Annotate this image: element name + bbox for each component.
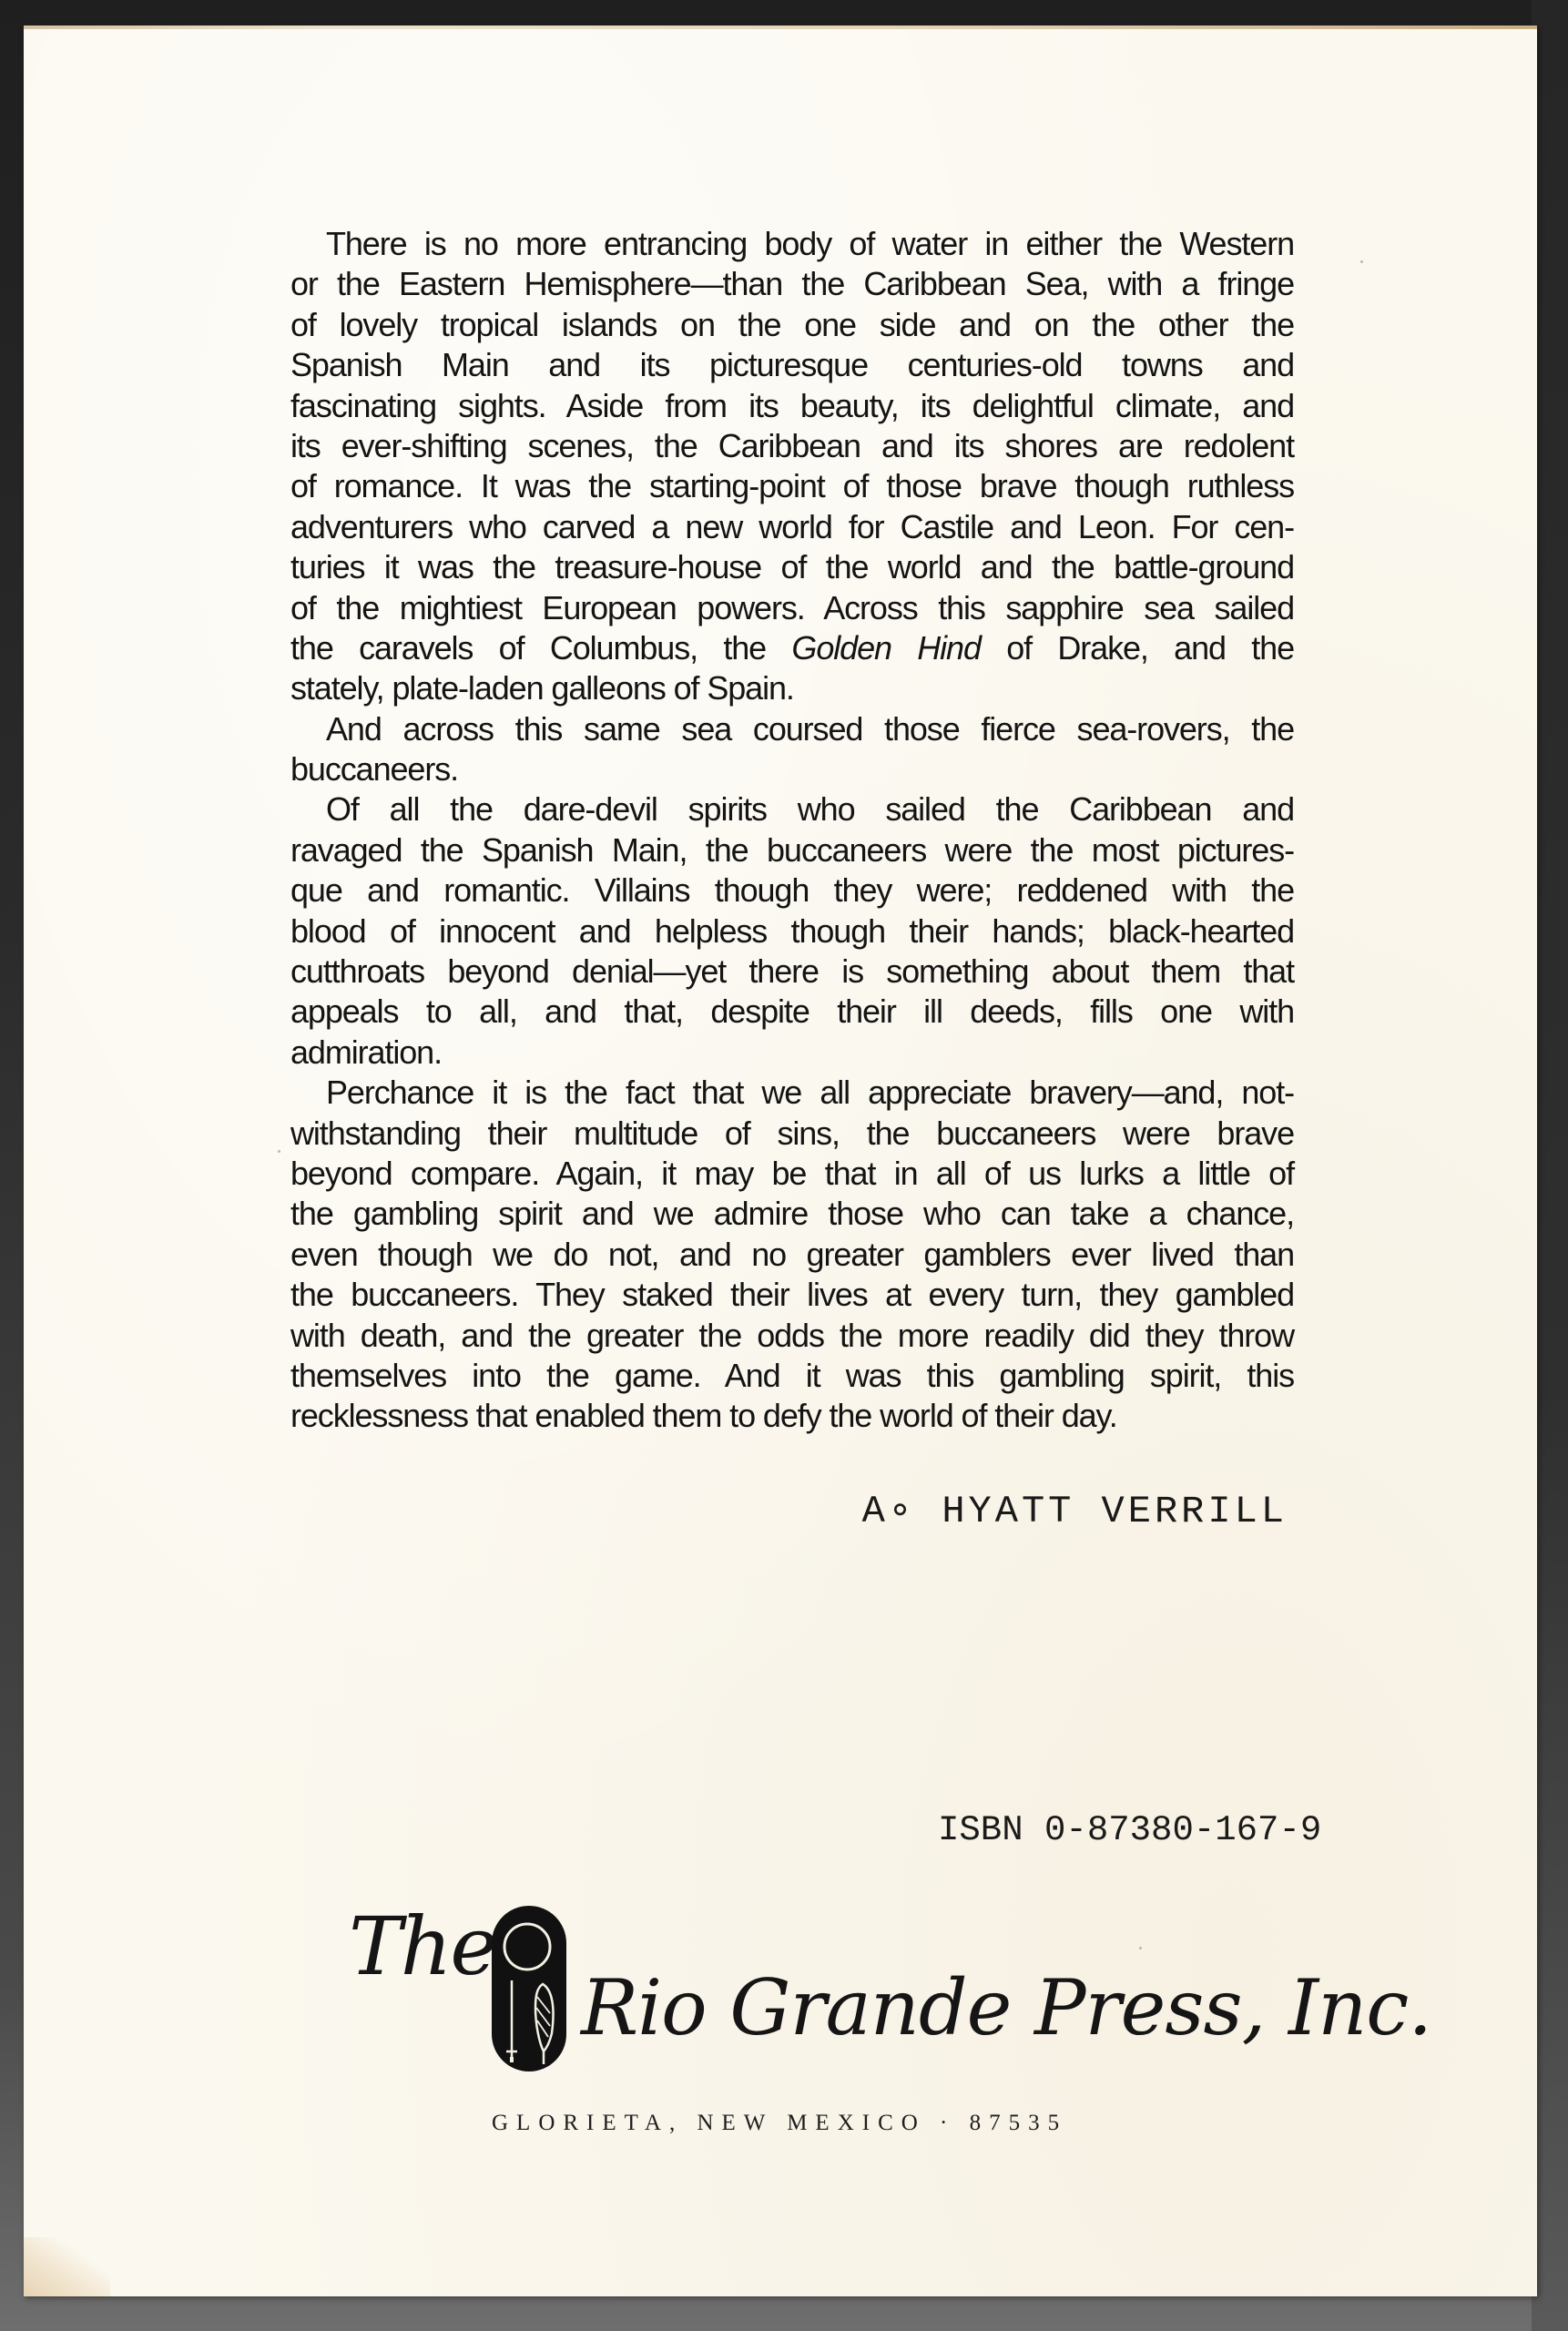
blurb-line: of romance. It was the starting-point of…: [290, 466, 1294, 506]
blurb-line: themselves into the game. And it was thi…: [290, 1356, 1294, 1396]
worn-corner: [24, 2237, 110, 2296]
blurb-line: Perchance it is the fact that we all app…: [290, 1073, 1294, 1113]
blurb-line: or the Eastern Hemisphere—than the Carib…: [290, 264, 1294, 304]
blurb-line: Spanish Main and its picturesque centuri…: [290, 345, 1294, 385]
blurb-line: with death, and the greater the odds the…: [290, 1316, 1294, 1356]
blurb-line: Of all the dare-devil spirits who sailed…: [290, 789, 1294, 830]
blurb-line: admiration.: [290, 1033, 1294, 1073]
blurb-line: recklessness that enabled them to defy t…: [290, 1396, 1294, 1436]
worn-top-edge: [24, 25, 1537, 29]
book-back-cover: There is no more entrancing body of wate…: [24, 25, 1537, 2296]
blurb-line: adventurers who carved a new world for C…: [290, 507, 1294, 547]
italic-title: Golden Hind: [791, 629, 980, 667]
blurb-line: cutthroats beyond denial—yet there is so…: [290, 952, 1294, 992]
blurb-line: its ever-shifting scenes, the Caribbean …: [290, 426, 1294, 466]
blurb-line: of lovely tropical islands on the one si…: [290, 305, 1294, 345]
paper-speck: [1139, 1947, 1142, 1949]
blurb-line: beyond compare. Again, it may be that in…: [290, 1154, 1294, 1194]
blurb-line: withstanding their multitude of sins, th…: [290, 1114, 1294, 1154]
blurb-line: of the mightiest European powers. Across…: [290, 588, 1294, 628]
blurb-line: the buccaneers. They staked their lives …: [290, 1275, 1294, 1315]
author-signature: A∘ HYATT VERRILL: [862, 1486, 1288, 1533]
publisher-address: GLORIETA, NEW MEXICO · 87535: [492, 2111, 1067, 2136]
isbn-number: ISBN 0-87380-167-9: [938, 1810, 1321, 1850]
publisher-article: The: [349, 1899, 495, 1993]
blurb-line: appeals to all, and that, despite their …: [290, 992, 1294, 1032]
blurb-line: que and romantic. Villains though they w…: [290, 870, 1294, 911]
blurb-line: even though we do not, and no greater ga…: [290, 1235, 1294, 1275]
scanner-backdrop: [1532, 0, 1568, 2331]
blurb-line: the caravels of Columbus, the Golden Hin…: [290, 628, 1294, 668]
sword-and-quill-emblem-icon: [492, 1906, 566, 2071]
blurb-line: fascinating sights. Aside from its beaut…: [290, 386, 1294, 426]
blurb-line: blood of innocent and helpless though th…: [290, 911, 1294, 952]
blurb-line: buccaneers.: [290, 749, 1294, 789]
paper-speck: [1360, 260, 1363, 263]
blurb-line: ravaged the Spanish Main, the buccaneers…: [290, 830, 1294, 870]
blurb-line: the gambling spirit and we admire those …: [290, 1194, 1294, 1234]
blurb-line: turies it was the treasure-house of the …: [290, 547, 1294, 587]
blurb-line: And across this same sea coursed those f…: [290, 709, 1294, 749]
blurb-line: stately, plate-laden galleons of Spain.: [290, 668, 1294, 708]
cover-blurb: There is no more entrancing body of wate…: [290, 224, 1294, 1437]
paper-speck: [278, 1150, 280, 1153]
blurb-line: There is no more entrancing body of wate…: [290, 224, 1294, 264]
publisher-name: Rio Grande Press, Inc.: [581, 1963, 1431, 2052]
